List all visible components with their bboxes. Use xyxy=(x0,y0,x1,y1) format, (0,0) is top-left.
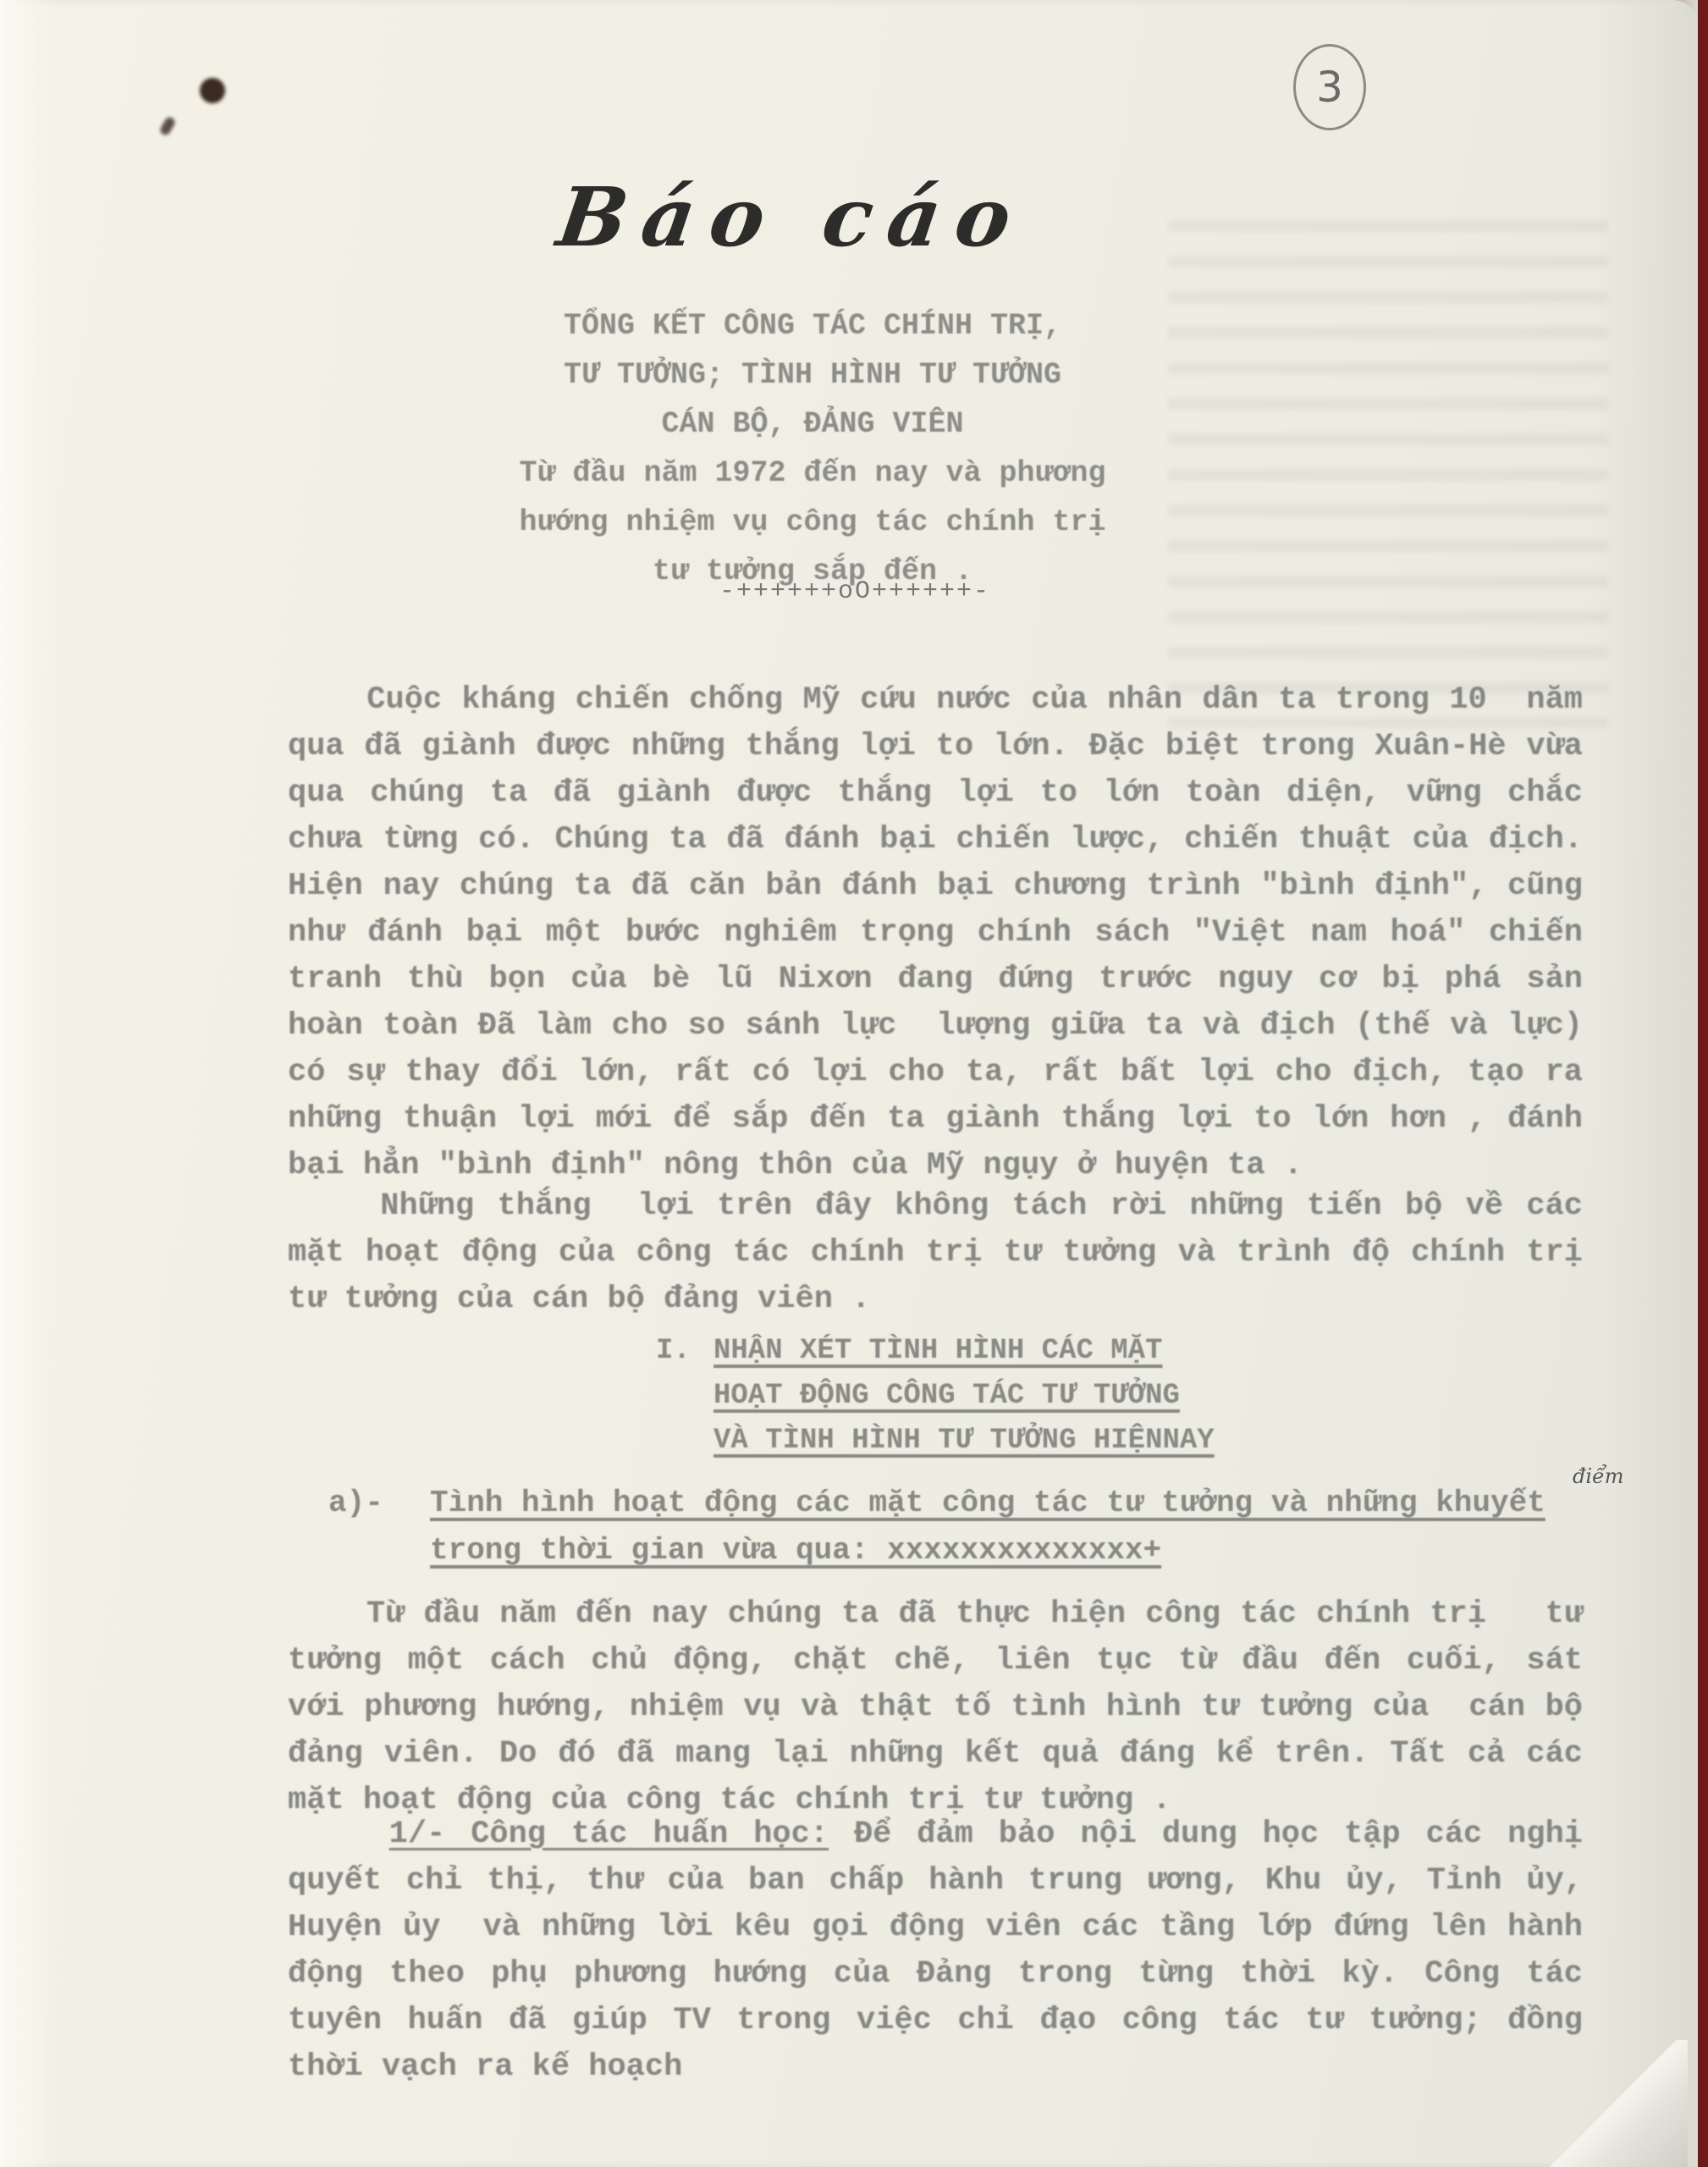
paragraph-intro: Cuộc kháng chiến chống Mỹ cứu nước của n… xyxy=(288,677,1583,1189)
section-number: I. xyxy=(656,1329,691,1374)
item-1-text: Để đảm bảo nội dung học tập các nghị quy… xyxy=(288,1817,1601,2085)
subsection-line: Tình hình hoạt động các mặt công tác tư … xyxy=(430,1480,1545,1527)
curled-page-corner xyxy=(1535,2040,1688,2167)
paragraph-third: Từ đầu năm đến nay chúng ta đã thực hiện… xyxy=(288,1591,1583,1824)
section-heading-line: NHẬN XÉT TÌNH HÌNH CÁC MẶT xyxy=(714,1329,1215,1374)
item-1-label: 1/- Công tác huấn học: xyxy=(389,1817,829,1852)
document-subtitle: TỔNG KẾT CÔNG TÁC CHÍNH TRỊ, TƯ TƯỞNG; T… xyxy=(372,301,1253,596)
subsection-label: a)- xyxy=(328,1480,383,1527)
subsection-line: trong thời gian vừa qua: xxxxxxxxxxxxxx+ xyxy=(430,1527,1545,1574)
ink-stain-small xyxy=(158,115,176,136)
subtitle-line: hướng nhiệm vụ công tác chính trị xyxy=(372,498,1253,547)
separator-line: -++++++oO++++++- xyxy=(694,577,1016,606)
section-heading-line: VÀ TÌNH HÌNH TƯ TƯỞNG HIỆNNAY xyxy=(714,1419,1215,1464)
paragraph-second: Những thắng lợi trên đây không tách rời … xyxy=(288,1183,1583,1323)
subtitle-line: TỔNG KẾT CÔNG TÁC CHÍNH TRỊ, xyxy=(372,301,1253,350)
document-page: 3 Báo cáo TỔNG KẾT CÔNG TÁC CHÍNH TRỊ, T… xyxy=(0,0,1698,2167)
document-title: Báo cáo xyxy=(552,169,1039,265)
paragraph-item-1: 1/- Công tác huấn học: Để đảm bảo nội du… xyxy=(288,1811,1583,2091)
subtitle-line: CÁN BỘ, ĐẢNG VIÊN xyxy=(372,400,1253,449)
subtitle-line: TƯ TƯỞNG; TÌNH HÌNH TƯ TƯỞNG xyxy=(372,350,1253,400)
handwritten-correction: điểm xyxy=(1573,1464,1624,1488)
circled-page-number: 3 xyxy=(1293,44,1366,130)
underlying-sheets xyxy=(1596,0,1698,2167)
section-heading-line: HOẠT ĐỘNG CÔNG TÁC TƯ TƯỞNG xyxy=(714,1374,1215,1419)
subtitle-line: Từ đầu năm 1972 đến nay và phương xyxy=(372,449,1253,498)
ink-stain xyxy=(200,78,225,103)
